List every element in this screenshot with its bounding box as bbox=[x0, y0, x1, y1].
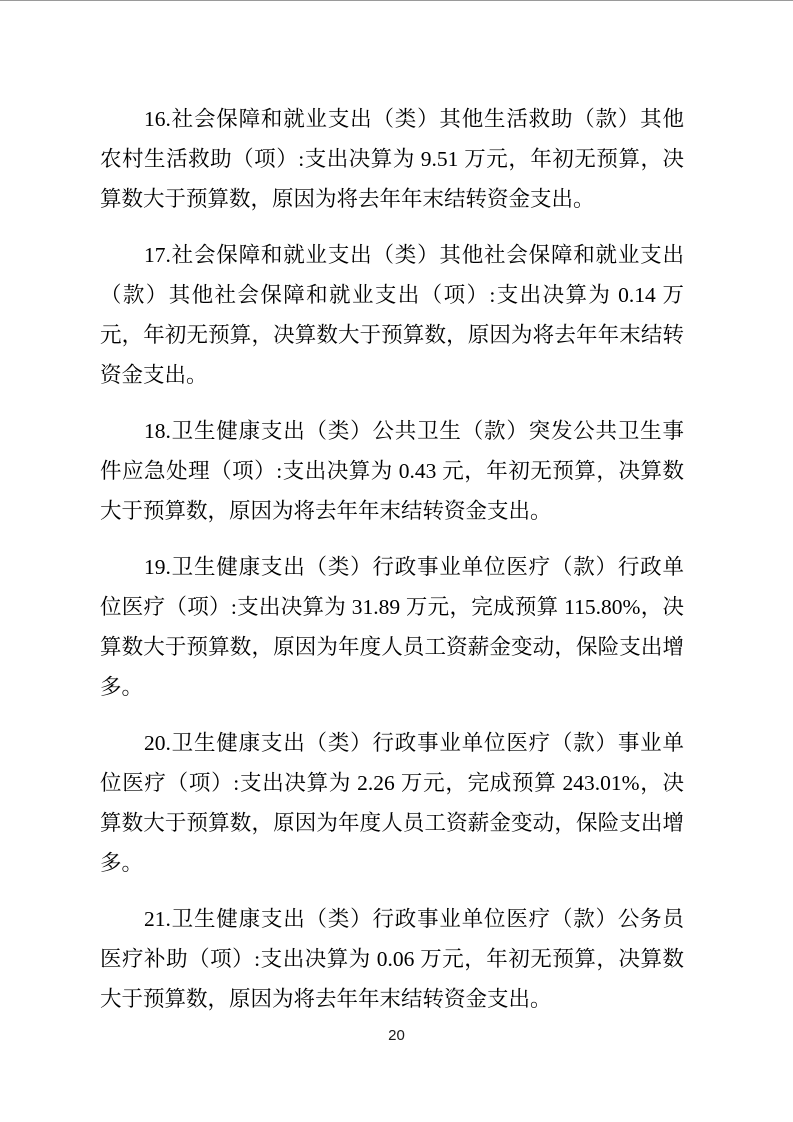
document-body: 16.社会保障和就业支出（类）其他生活救助（款）其他农村生活救助（项）:支出决算… bbox=[100, 99, 684, 1019]
page-footer: 20 bbox=[0, 1027, 793, 1045]
page-number: 20 bbox=[388, 1027, 405, 1044]
paragraph-item-19: 19.卫生健康支出（类）行政事业单位医疗（款）行政单位医疗（项）:支出决算为 3… bbox=[100, 547, 684, 707]
document-page: 16.社会保障和就业支出（类）其他生活救助（款）其他农村生活救助（项）:支出决算… bbox=[0, 0, 793, 1122]
paragraph-item-21: 21.卫生健康支出（类）行政事业单位医疗（款）公务员医疗补助（项）:支出决算为 … bbox=[100, 899, 684, 1019]
paragraph-item-17: 17.社会保障和就业支出（类）其他社会保障和就业支出（款）其他社会保障和就业支出… bbox=[100, 235, 684, 395]
paragraph-item-20: 20.卫生健康支出（类）行政事业单位医疗（款）事业单位医疗（项）:支出决算为 2… bbox=[100, 723, 684, 883]
paragraph-item-16: 16.社会保障和就业支出（类）其他生活救助（款）其他农村生活救助（项）:支出决算… bbox=[100, 99, 684, 219]
paragraph-item-18: 18.卫生健康支出（类）公共卫生（款）突发公共卫生事件应急处理（项）:支出决算为… bbox=[100, 411, 684, 531]
